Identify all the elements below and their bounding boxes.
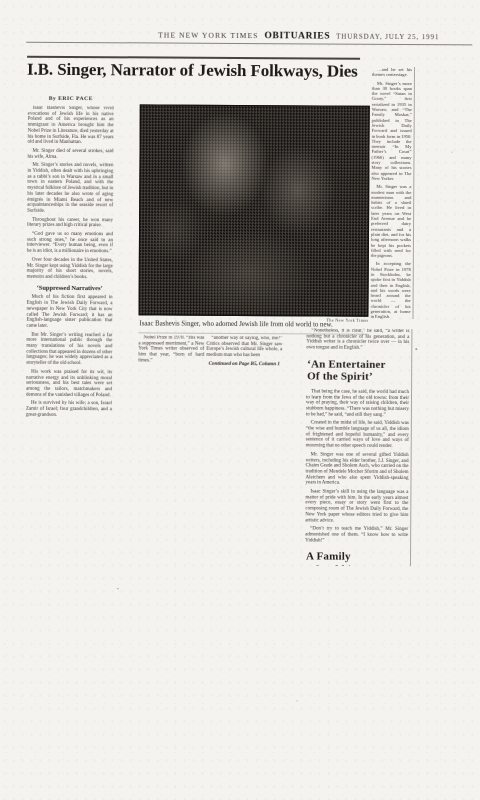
continued-on-page-line: Continued on Page B5, Column 1: [206, 362, 282, 368]
body-paragraph: But Mr. Singer’s writing reached a far m…: [26, 332, 112, 367]
scan-speck: [296, 700, 298, 701]
scan-speck: [415, 348, 417, 350]
obituary-portrait-photo: [138, 104, 369, 316]
article-column-3: “another way of saying, who, me?” Critic…: [206, 336, 282, 378]
scan-content: The New York Times OBITUARIES THURSDAY, …: [0, 0, 480, 800]
body-paragraph: His work was praised for its wit, its na…: [26, 370, 112, 399]
body-paragraph: “God gave us so many emotions and such s…: [27, 232, 113, 255]
paper-name: The New York Times: [158, 30, 258, 40]
newspaper-scan-page: The New York Times OBITUARIES THURSDAY, …: [0, 0, 480, 800]
scan-speck: [117, 588, 119, 589]
body-paragraph: Much of his fiction first appeared in En…: [26, 295, 112, 330]
article-column-1: Isaac Bashevis Singer, whose vivid evoca…: [26, 106, 114, 463]
obituary-headline: I.B. Singer, Narrator of Jewish Folkways…: [27, 60, 367, 82]
body-paragraph: Mr. Singer’s more than 30 books span the…: [371, 80, 412, 181]
folio-rule: [26, 42, 472, 46]
issue-date: THURSDAY, JULY 25, 1991: [336, 33, 439, 42]
body-paragraph: He is survived by his wife; a son, Israe…: [26, 401, 112, 419]
body-paragraph: Mr. Singer’s stories and novels, written…: [27, 163, 113, 215]
article-column-2: Nobel Prize in 1978. “His was a suppress…: [138, 335, 204, 375]
body-paragraph: Isaac Bashevis Singer, whose vivid evoca…: [28, 106, 114, 146]
body-paragraph: Nobel Prize in 1978. “His was a suppress…: [138, 335, 204, 364]
article-column-right: “Nonetheless, it is clear,” he said, “a …: [305, 328, 412, 566]
body-paragraph: “Nonetheless, it is clear,” he said, “a …: [306, 328, 409, 351]
subhead-a-family-of-rabbis: A Family Of Rabbis: [306, 551, 408, 566]
body-paragraph: Mr. Singer was one of several gifted Yid…: [305, 452, 408, 487]
column1-subhead: ‘Suppressed Narratives’: [27, 285, 113, 291]
section-title: OBITUARIES: [264, 31, 330, 41]
subhead-line: Of the Spirit’: [307, 371, 409, 384]
page-folio: The New York Times OBITUARIES THURSDAY, …: [158, 30, 438, 42]
body-paragraph: In accepting the Nobel Prize in 1978 in …: [370, 261, 410, 319]
body-paragraph: Created in the midst of life, he said, Y…: [306, 421, 409, 450]
body-paragraph: …and he set his themes centerstage.: [372, 67, 412, 78]
body-paragraph: “Don’t try to teach me Yiddish,” Mr. Sin…: [305, 527, 408, 545]
body-paragraph: Mr. Singer died of several strokes, said…: [27, 149, 113, 161]
body-paragraph: Mr. Singer was a modest man with the man…: [371, 184, 411, 258]
subhead-line: Of Rabbis: [306, 563, 408, 566]
body-paragraph: Over four decades in the United States, …: [27, 258, 113, 281]
article-column-right-strip: …and he set his themes centerstage. Mr. …: [370, 67, 415, 319]
subhead-line: A Family: [306, 551, 408, 564]
byline: By ERIC PACE: [28, 96, 114, 103]
body-paragraph: Isaac Singer’s skill in using the langua…: [305, 489, 408, 524]
body-paragraph: Throughout his career, he won many liter…: [27, 217, 113, 229]
subhead-line: ‘An Entertainer: [307, 358, 409, 371]
subhead-an-entertainer: ‘An Entertainer Of the Spirit’: [307, 358, 409, 384]
scan-speck: [451, 151, 452, 153]
body-paragraph: That being the case, he said, the world …: [306, 389, 409, 418]
body-paragraph: “another way of saying, who, me?” Critic…: [206, 336, 282, 359]
